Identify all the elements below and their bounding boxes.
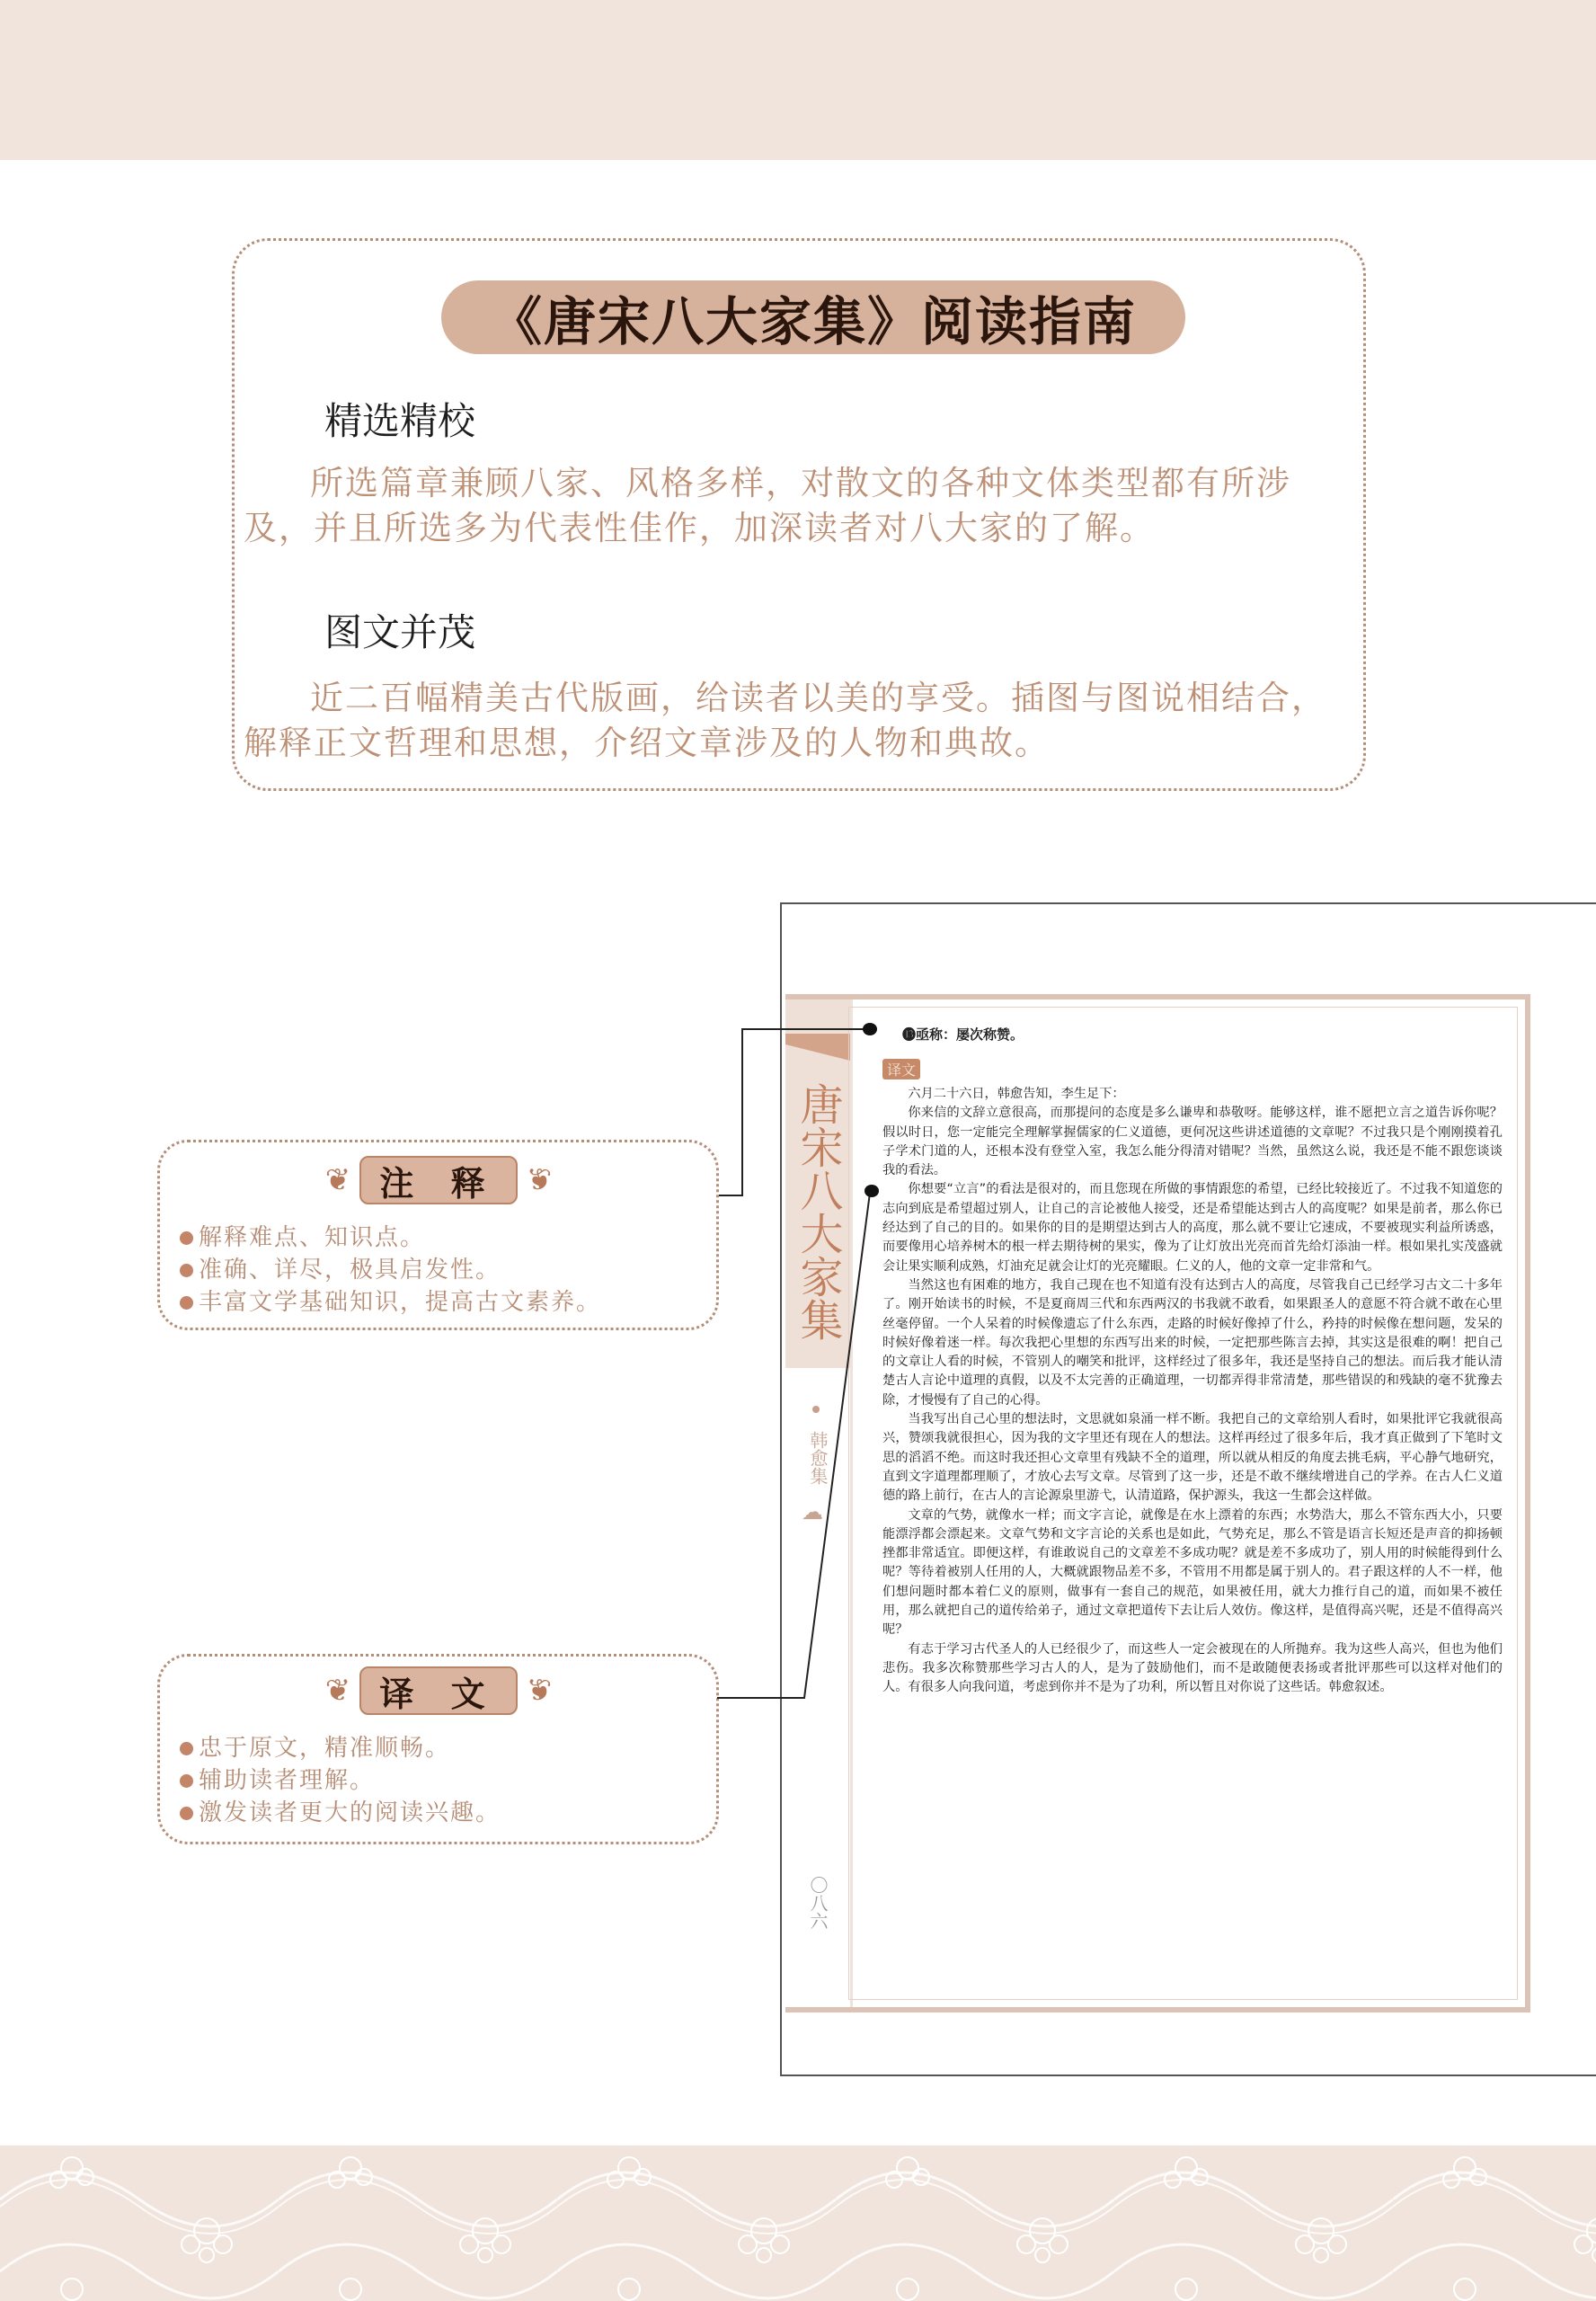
annotation-header-notes: ❦ 注 释 ❦: [320, 1155, 561, 1205]
list-item: 辅助读者理解。: [180, 1764, 501, 1797]
bottom-cloud-pattern: [0, 2146, 1596, 2301]
translation-paragraph: 你想要“立言”的看法是很对的，而且您现在所做的事情跟您的希望，已经比较接近了。不…: [882, 1180, 1503, 1275]
list-item: 准确、详尽，极具启发性。: [180, 1254, 601, 1286]
page-content: ⓭亟称：屡次称赞。 译文 六月二十六日，韩愈告知，李生足下： 你来信的文辞立意很…: [882, 1025, 1503, 1698]
scroll-ornament-left-icon: ❦: [320, 1668, 356, 1713]
page-preview-frame: 唐宋八大家集 韩愈集 ☁ 〇八六 ⓭亟称：屡次称赞。 译文 六月二十六日，韩愈告…: [780, 902, 1596, 2076]
annotation-box-translation: ❦ 译 文 ❦ 忠于原文，精准顺畅。 辅助读者理解。 激发读者更大的阅读兴趣。: [157, 1654, 719, 1844]
list-item: 丰富文学基础知识，提高古文素养。: [180, 1286, 601, 1319]
cloud-ornament-icon: ☁: [802, 1499, 823, 1524]
salutation: 六月二十六日，韩愈告知，李生足下：: [882, 1085, 1503, 1104]
bullet-icon: [180, 1742, 193, 1755]
annotation-header-translation: ❦ 译 文 ❦: [320, 1666, 561, 1716]
sample-page: 唐宋八大家集 韩愈集 ☁ 〇八六 ⓭亟称：屡次称赞。 译文 六月二十六日，韩愈告…: [785, 994, 1530, 2012]
reading-guide-box: 《唐宋八大家集》阅读指南 精选精校 所选篇章兼顾八家、风格多样，对散文的各种文体…: [232, 238, 1366, 791]
annotation-box-notes: ❦ 注 释 ❦ 解释难点、知识点。 准确、详尽，极具启发性。 丰富文学基础知识，…: [157, 1140, 719, 1330]
guide-title: 《唐宋八大家集》阅读指南: [441, 280, 1185, 354]
scroll-ornament-right-icon: ❦: [521, 1158, 557, 1203]
section-heading-illustrations: 图文并茂: [324, 603, 475, 657]
bullet-icon: [180, 1774, 193, 1788]
page-number: 〇八六: [785, 1867, 850, 1939]
sidebar-dot-icon: [812, 1406, 820, 1413]
footnote-line: ⓭亟称：屡次称赞。: [902, 1025, 1503, 1046]
translation-paragraph: 文章的气势，就像水一样；而文字言论，就像是在水上漂着的东西；水势浩大，那么不管东…: [882, 1506, 1503, 1640]
bullet-icon: [180, 1231, 193, 1245]
section-text-illustrations: 近二百幅精美古代版画，给读者以美的享受。插图与图说相结合，解释正文哲理和思想，介…: [244, 676, 1358, 766]
translation-section-tag: 译文: [882, 1059, 920, 1079]
annotation-list-translation: 忠于原文，精准顺畅。 辅助读者理解。 激发读者更大的阅读兴趣。: [180, 1732, 501, 1829]
section-text-selection: 所选篇章兼顾八家、风格多样，对散文的各种文体类型都有所涉及，并且所选多为代表性佳…: [244, 461, 1358, 551]
translation-paragraph: 当我写出自己心里的想法时，文思就如泉涌一样不断。我把自己的文章给别人看时，如果批…: [882, 1410, 1503, 1506]
annotation-label-translation: 译 文: [359, 1666, 518, 1715]
scroll-ornament-right-icon: ❦: [521, 1668, 557, 1713]
section-heading-selection: 精选精校: [324, 392, 475, 446]
annotation-label-notes: 注 释: [359, 1156, 518, 1204]
translation-paragraph: 你来信的文辞立意很高，而那提问的态度是多么谦卑和恭敬呀。能够这样，谁不愿把立言之…: [882, 1104, 1503, 1180]
annotation-list-notes: 解释难点、知识点。 准确、详尽，极具启发性。 丰富文学基础知识，提高古文素养。: [180, 1222, 601, 1319]
list-item: 激发读者更大的阅读兴趣。: [180, 1797, 501, 1829]
bullet-icon: [180, 1807, 193, 1820]
list-item: 忠于原文，精准顺畅。: [180, 1732, 501, 1764]
sidebar-collection-name: 韩愈集: [785, 1422, 850, 1494]
list-item: 解释难点、知识点。: [180, 1222, 601, 1254]
bullet-icon: [180, 1296, 193, 1310]
translation-paragraph: 当然这也有困难的地方，我自己现在也不知道有没有达到古人的高度，尽管我自己已经学习…: [882, 1276, 1503, 1410]
cloud-wave-pattern-icon: [0, 2146, 1596, 2301]
sidebar-book-title: 唐宋八大家集: [785, 1077, 850, 1346]
page-sidebar: 唐宋八大家集 韩愈集 ☁ 〇八六: [785, 999, 853, 2007]
bullet-icon: [180, 1264, 193, 1277]
translation-paragraph: 有志于学习古代圣人的人已经很少了，而这些人一定会被现在的人所抛弃。我为这些人高兴…: [882, 1640, 1503, 1698]
top-decorative-band: [0, 0, 1596, 160]
scroll-ornament-left-icon: ❦: [320, 1158, 356, 1203]
